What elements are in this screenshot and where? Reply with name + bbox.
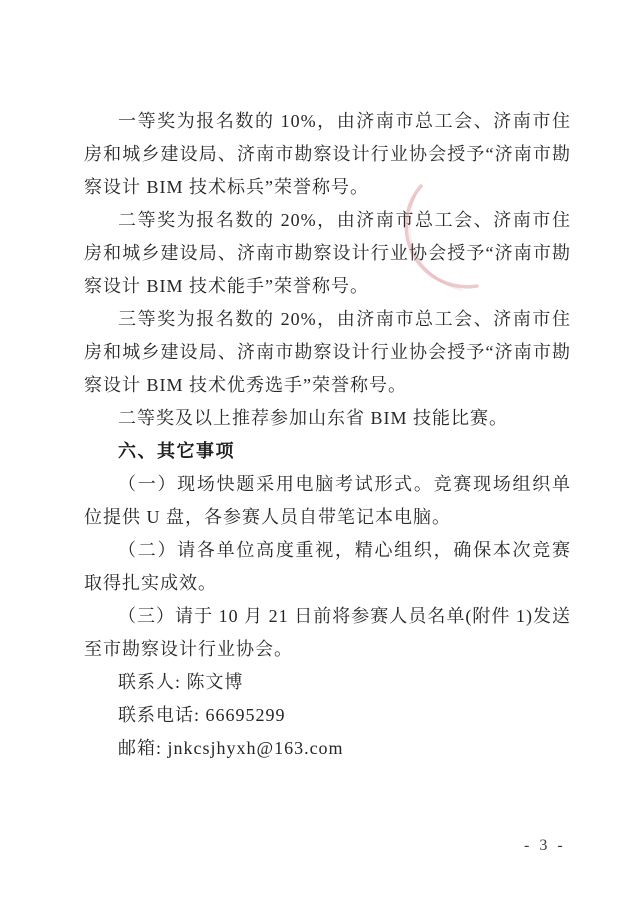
section-heading-other-matters: 六、其它事项 [84,435,571,468]
contact-phone: 联系电话: 66695299 [84,699,571,732]
document-page: 一等奖为报名数的 10%，由济南市总工会、济南市住房和城乡建设局、济南市勘察设计… [0,0,640,898]
contact-email: 邮箱: jnkcsjhyxh@163.com [84,732,571,765]
paragraph-item-2-organization: （二）请各单位高度重视，精心组织，确保本次竞赛取得扎实成效。 [84,534,571,600]
paragraph-provincial-recommendation: 二等奖及以上推荐参加山东省 BIM 技能比赛。 [84,402,571,435]
paragraph-item-1-exam-format: （一）现场快题采用电脑考试形式。竞赛现场组织单位提供 U 盘，各参赛人员自带笔记… [84,468,571,534]
paragraph-item-3-roster-deadline: （三）请于 10 月 21 日前将参赛人员名单(附件 1)发送至市勘察设计行业协… [84,600,571,666]
paragraph-third-prize: 三等奖为报名数的 20%，由济南市总工会、济南市住房和城乡建设局、济南市勘察设计… [84,303,571,402]
document-body: 一等奖为报名数的 10%，由济南市总工会、济南市住房和城乡建设局、济南市勘察设计… [84,105,571,765]
page-number: - 3 - [524,836,566,856]
paragraph-first-prize: 一等奖为报名数的 10%，由济南市总工会、济南市住房和城乡建设局、济南市勘察设计… [84,105,571,204]
paragraph-second-prize: 二等奖为报名数的 20%，由济南市总工会、济南市住房和城乡建设局、济南市勘察设计… [84,204,571,303]
contact-person: 联系人: 陈文博 [84,666,571,699]
